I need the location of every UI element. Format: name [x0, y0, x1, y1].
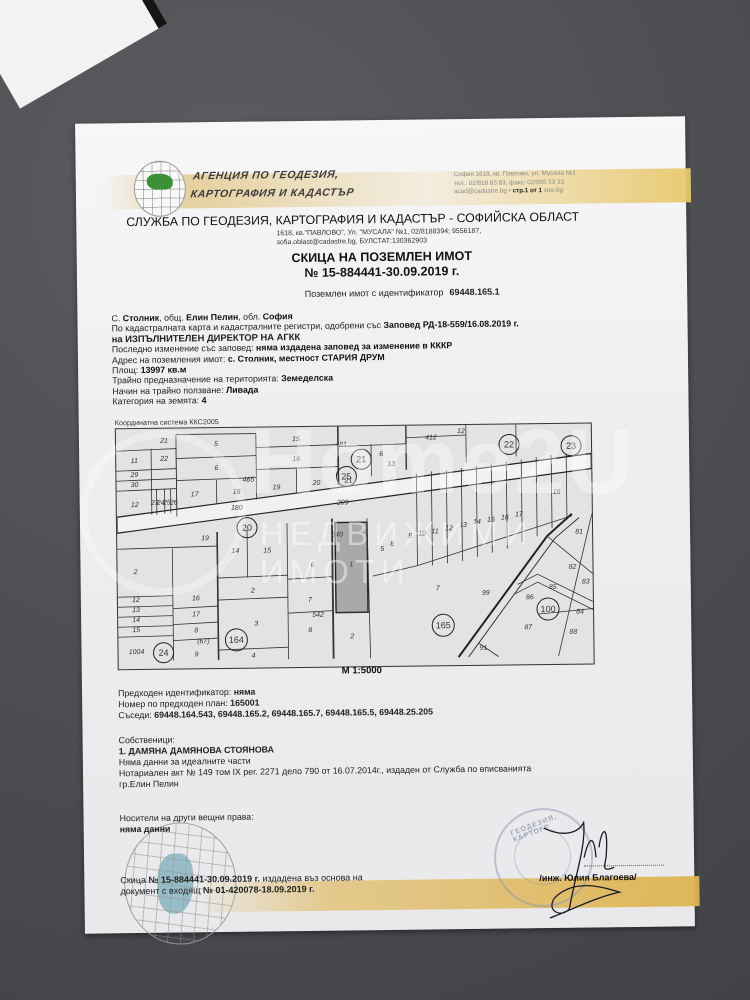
svg-text:12: 12	[131, 502, 139, 509]
page-number: стр.1 от 1	[513, 187, 543, 194]
svg-text:10: 10	[418, 530, 426, 537]
svg-text:15: 15	[292, 436, 300, 443]
map-frame: 2122232425201641651001121222930122324252…	[115, 422, 595, 670]
agency-contact: София 1618, кв. Павлово, ул. Мусала №1 т…	[454, 170, 576, 197]
svg-text:26: 26	[169, 500, 178, 507]
svg-text:14: 14	[132, 617, 140, 624]
svg-text:8: 8	[194, 627, 198, 634]
svg-text:8: 8	[390, 541, 394, 548]
property-identifier: Поземлен имот с идентификатор69448.165.1	[77, 284, 687, 301]
coordinate-system-label: Координатна система ККС2005	[115, 417, 219, 427]
svg-text:16: 16	[501, 514, 509, 521]
svg-text:13: 13	[459, 522, 467, 529]
service-address: 1618, кв."ПАВЛОВО", Ул. "МУСАЛА" №1, 02/…	[276, 227, 481, 248]
svg-text:3: 3	[254, 621, 258, 628]
svg-text:15: 15	[487, 517, 495, 524]
svg-text:87: 87	[524, 624, 533, 631]
svg-text:14: 14	[473, 519, 481, 526]
svg-text:13: 13	[387, 461, 395, 468]
property-info: С. Столник, общ. Елин Пелин, обл. София …	[111, 308, 519, 407]
owners-section: Собственици: 1. ДАМЯНА ДАМЯНОВА СТОЯНОВА…	[119, 729, 660, 791]
svg-text:100: 100	[540, 604, 555, 614]
svg-text:13: 13	[132, 607, 140, 614]
svg-text:8: 8	[308, 627, 312, 634]
agency-name: АГЕНЦИЯ ПО ГЕОДЕЗИЯ, КАРТОГРАФИЯ И КАДАС…	[190, 165, 358, 203]
binder-folder	[0, 0, 167, 109]
svg-text:12: 12	[457, 428, 465, 435]
svg-text:481: 481	[335, 441, 347, 448]
service-title: СЛУЖБА ПО ГЕОДЕЗИЯ, КАРТОГРАФИЯ И КАДАСТ…	[126, 210, 579, 230]
svg-text:22: 22	[504, 439, 514, 449]
svg-text:18: 18	[233, 489, 241, 496]
svg-text:165: 165	[436, 620, 451, 630]
svg-text:21: 21	[344, 477, 353, 484]
svg-text:12: 12	[445, 525, 453, 532]
signer-name: /инж. Юлия Благоева/	[539, 872, 636, 883]
svg-text:7: 7	[308, 597, 313, 604]
svg-text:11: 11	[131, 458, 138, 465]
svg-text:83: 83	[582, 579, 590, 586]
svg-text:2: 2	[133, 569, 138, 576]
parcel-map-drawing: 2122232425201641651001121222930122324252…	[116, 423, 594, 669]
svg-text:88: 88	[569, 629, 577, 636]
svg-text:91: 91	[480, 645, 488, 652]
svg-text:85: 85	[549, 584, 557, 591]
svg-text:6: 6	[379, 451, 383, 458]
svg-text:17: 17	[192, 611, 201, 618]
svg-text:11: 11	[431, 528, 438, 535]
issuance-note: Скица № 15-884441-30.09.2019 г. издадена…	[120, 872, 363, 897]
svg-text:7: 7	[436, 585, 441, 592]
svg-text:18: 18	[553, 489, 561, 496]
svg-text:17: 17	[515, 511, 524, 518]
svg-text:1004: 1004	[129, 649, 145, 656]
svg-text:19: 19	[273, 484, 281, 491]
document-title: СКИЦА НА ПОЗЕМЛЕН ИМОТ № 15-884441-30.09…	[77, 246, 687, 283]
svg-text:6: 6	[310, 562, 314, 569]
svg-text:2: 2	[349, 633, 354, 640]
map-scale: М 1:5000	[342, 665, 382, 676]
svg-text:(67): (67)	[197, 638, 210, 645]
svg-text:82: 82	[569, 564, 577, 571]
svg-text:20: 20	[312, 480, 321, 487]
svg-text:9: 9	[408, 533, 412, 540]
svg-text:540: 540	[331, 532, 343, 539]
svg-text:19: 19	[201, 535, 209, 542]
cadastral-map: Координатна система ККС2005	[109, 412, 622, 683]
svg-text:180: 180	[231, 505, 243, 512]
svg-text:164: 164	[229, 635, 244, 645]
svg-text:2: 2	[250, 588, 255, 595]
svg-text:29: 29	[129, 472, 138, 479]
cadastral-sketch-document: АГЕНЦИЯ ПО ГЕОДЕЗИЯ, КАРТОГРАФИЯ И КАДАС…	[75, 116, 695, 933]
svg-text:23: 23	[566, 441, 576, 451]
svg-text:412: 412	[425, 434, 437, 441]
svg-text:17: 17	[191, 491, 200, 498]
svg-text:20: 20	[242, 523, 252, 533]
svg-text:24: 24	[158, 648, 168, 658]
svg-text:84: 84	[576, 609, 584, 616]
svg-text:15: 15	[132, 627, 140, 634]
svg-text:21: 21	[356, 454, 366, 464]
svg-text:9: 9	[195, 651, 199, 658]
svg-text:22: 22	[159, 456, 168, 463]
svg-text:4: 4	[252, 653, 256, 660]
svg-text:99: 99	[482, 590, 490, 597]
svg-text:542: 542	[312, 612, 324, 619]
svg-text:1: 1	[349, 561, 353, 568]
svg-text:209: 209	[336, 499, 349, 506]
svg-text:30: 30	[131, 482, 139, 489]
svg-text:86: 86	[526, 594, 534, 601]
previous-data: Предходен идентификатор: няма Номер по п…	[118, 684, 433, 721]
svg-text:15: 15	[263, 547, 271, 554]
svg-text:14: 14	[231, 548, 239, 555]
svg-text:5: 5	[380, 546, 384, 553]
svg-text:21: 21	[159, 438, 168, 445]
svg-text:81: 81	[575, 529, 583, 536]
globe-bulgaria-logo-icon	[134, 160, 187, 217]
svg-text:12: 12	[132, 597, 140, 604]
svg-text:6: 6	[214, 465, 218, 472]
svg-text:465: 465	[243, 477, 255, 484]
other-rights-section: Носители на други вещни права: няма данн…	[120, 812, 254, 836]
svg-text:16: 16	[292, 456, 300, 463]
svg-text:16: 16	[192, 595, 200, 602]
svg-text:5: 5	[214, 441, 218, 448]
